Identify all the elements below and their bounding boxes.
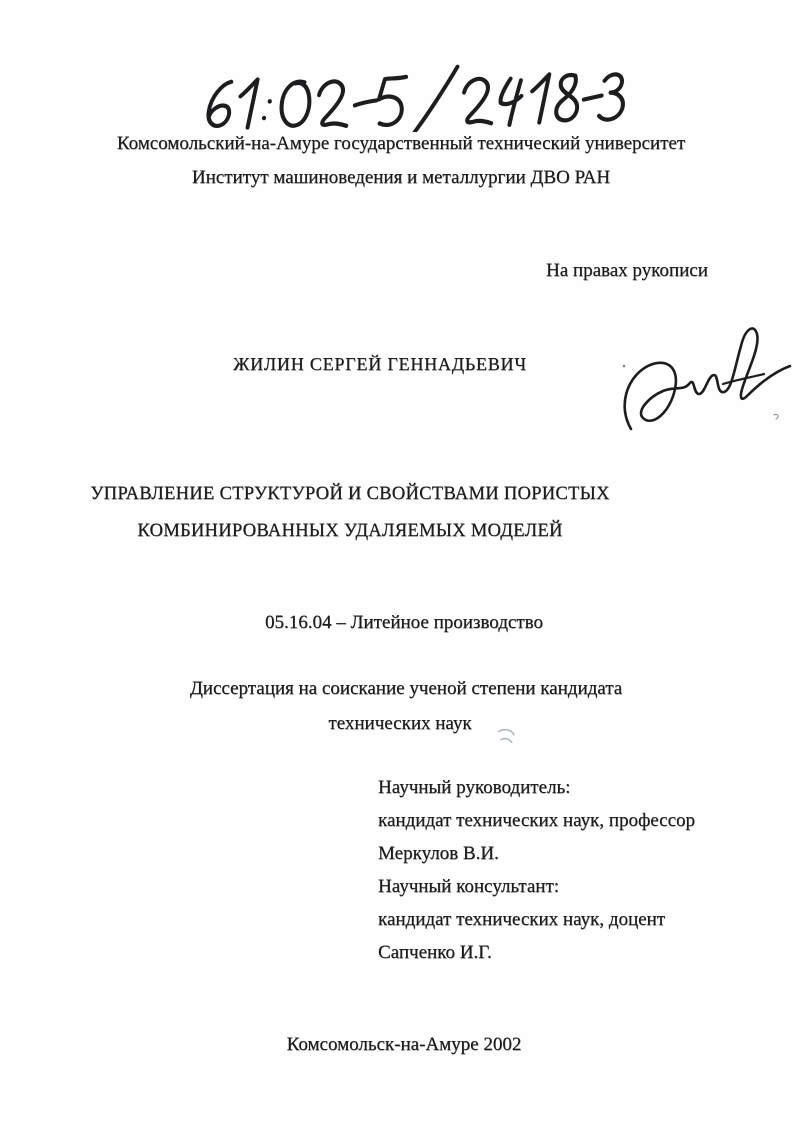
- signature-strokes: [606, 311, 793, 437]
- city-year: Комсомольск-на-Амуре 2002: [15, 1034, 793, 1056]
- thesis-statement-line1: Диссертация на соискание ученой степени …: [17, 678, 793, 700]
- manuscript-rights-note: На правах рукописи: [546, 260, 708, 282]
- inventory-number-strokes: [199, 58, 628, 135]
- consultant-heading: Научный консультант:: [378, 870, 695, 903]
- supervisor-heading: Научный руководитель:: [378, 771, 695, 804]
- credits-block: Научный руководитель: кандидат техническ…: [378, 771, 695, 969]
- dissertation-title-line1: УПРАВЛЕНИЕ СТРУКТУРОЙ И СВОЙСТВАМИ ПОРИС…: [0, 484, 700, 505]
- supervisor-name: Меркулов В.И.: [378, 837, 695, 870]
- pencil-smudge-mark: [495, 726, 517, 747]
- supervisor-degree: кандидат технических наук, профессор: [378, 804, 695, 837]
- specialty-code: 05.16.04 – Литейное производство: [15, 612, 793, 634]
- smudge-strokes: [495, 726, 517, 746]
- thesis-statement-line2: технических наук: [11, 713, 789, 735]
- inventory-number-handwriting: [199, 58, 628, 135]
- institute-name: Институт машиноведения и металлургии ДВО…: [8, 167, 793, 189]
- dissertation-title-line2: КОМБИНИРОВАННЫХ УДАЛЯЕМЫХ МОДЕЛЕЙ: [0, 521, 700, 542]
- consultant-name: Сапченко И.Г.: [378, 936, 695, 969]
- signature-handwriting: [606, 311, 793, 437]
- dissertation-title-page: Комсомольский-на-Амуре государственный т…: [0, 0, 793, 1122]
- university-name: Комсомольский-на-Амуре государственный т…: [8, 133, 793, 155]
- consultant-degree: кандидат технических наук, доцент: [378, 903, 695, 936]
